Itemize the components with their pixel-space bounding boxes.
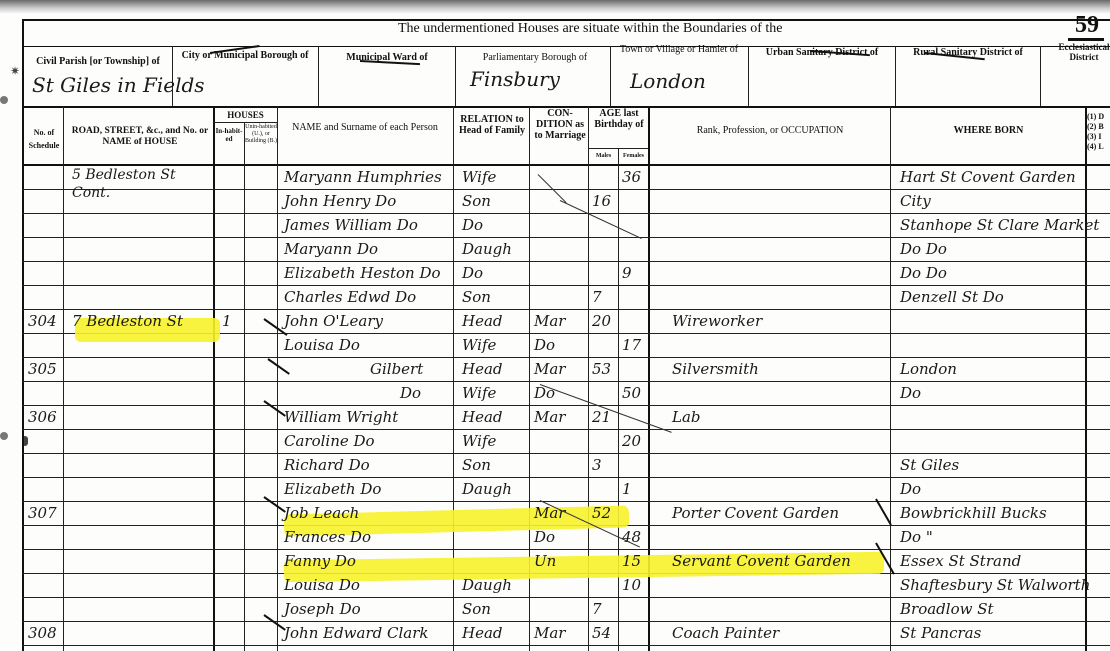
row-line <box>22 405 1110 406</box>
condition: Mar <box>534 408 565 426</box>
schedule-number: 306 <box>28 408 57 426</box>
relation: Son <box>462 192 491 210</box>
where-born: Essex St Strand <box>900 552 1021 570</box>
col-line <box>1085 106 1087 651</box>
person-name: Caroline Do <box>284 432 375 450</box>
row-line <box>22 429 1110 430</box>
where-born: Do <box>900 384 921 402</box>
where-born: Bowbrickhill Bucks <box>900 504 1047 522</box>
female-age: 20 <box>622 432 641 450</box>
header-divider-v <box>1040 46 1041 106</box>
header-divider-v <box>610 46 611 106</box>
occupation: Porter Covent Garden <box>672 504 839 522</box>
parliamentary-borough-label: Parliamentary Borough of <box>460 52 610 63</box>
male-age: 52 <box>592 504 611 522</box>
person-name: Louisa Do <box>284 336 360 354</box>
divider-stroke <box>263 400 285 417</box>
relation: Wife <box>462 336 496 354</box>
relation: Daugh <box>462 576 512 594</box>
ecclesiastical-label: Ecclesiastical District <box>1044 42 1110 62</box>
header-divider-v <box>748 46 749 106</box>
where-born: Do " <box>900 528 933 546</box>
relation: Daugh <box>462 480 512 498</box>
punch-hole <box>0 96 8 104</box>
male-age: 7 <box>592 600 602 618</box>
relation: Head <box>462 312 503 330</box>
person-name: Frances Do <box>284 528 371 546</box>
divider-stroke <box>263 496 285 513</box>
row-line <box>22 309 1110 310</box>
relation: Do <box>462 216 483 234</box>
condition: Do <box>534 528 555 546</box>
person-name: Maryann Humphries <box>284 168 442 186</box>
frame-top <box>22 19 1110 21</box>
punch-hole <box>0 432 8 440</box>
female-age: 10 <box>622 576 641 594</box>
age-subline <box>588 148 648 149</box>
relation: Head <box>462 624 503 642</box>
row-line <box>22 597 1110 598</box>
col-header-relation: RELATION to Head of Family <box>455 114 529 136</box>
scan-edge <box>0 0 1110 14</box>
where-born: Do Do <box>900 240 947 258</box>
where-born: Stanhope St Clare Market <box>900 216 1099 234</box>
person-name: John Henry Do <box>284 192 396 210</box>
parliamentary-borough-value: Finsbury <box>470 70 560 88</box>
relation: Wife <box>462 168 496 186</box>
occupation: Silversmith <box>672 360 759 378</box>
schedule-number: 308 <box>28 624 57 642</box>
relation: Do <box>462 264 483 282</box>
female-age: 17 <box>622 336 641 354</box>
male-age: 21 <box>592 408 611 426</box>
relation: Daugh <box>462 240 512 258</box>
row-line <box>22 501 1110 502</box>
row-line <box>22 213 1110 214</box>
col-header-road: ROAD, STREET, &c., and No. or NAME of HO… <box>66 126 214 148</box>
col-header-occupation: Rank, Profession, or OCCUPATION <box>650 125 890 136</box>
star-icon: ✷ <box>10 64 20 79</box>
col-header-inhabited: In-habit-ed <box>214 128 244 143</box>
page-title: The undermentioned Houses are situate wi… <box>398 21 783 37</box>
road-address: 7 Bedleston St <box>72 312 183 330</box>
person-name: Joseph Do <box>284 600 361 618</box>
schedule-number: 304 <box>28 312 57 330</box>
col-line <box>277 106 278 651</box>
person-name: John Edward Clark <box>284 624 429 642</box>
civil-parish-value: St Giles in Fields <box>32 76 205 94</box>
row-line <box>22 621 1110 622</box>
person-name: Charles Edwd Do <box>284 288 416 306</box>
condition: Mar <box>534 504 565 522</box>
female-age: 1 <box>622 480 632 498</box>
person-name: Job Leach <box>284 504 359 522</box>
male-age: 20 <box>592 312 611 330</box>
schedule-number: 305 <box>28 360 57 378</box>
inhabited-count: 1 <box>222 312 232 330</box>
census-page: ✷ The undermentioned Houses are situate … <box>0 0 1110 651</box>
row-line <box>22 237 1110 238</box>
civil-parish-label: Civil Parish [or Township] of <box>24 56 172 67</box>
person-name: William Wright <box>284 408 398 426</box>
page-number: 59 <box>1075 12 1099 39</box>
col-header-name: NAME and Surname of each Person <box>290 122 440 133</box>
divider-stroke <box>263 614 285 631</box>
row-line <box>22 453 1110 454</box>
person-name: Elizabeth Heston Do <box>284 264 441 282</box>
relation: Son <box>462 456 491 474</box>
person-name: Do <box>400 384 421 402</box>
relation: Wife <box>462 384 496 402</box>
where-born: Do Do <box>900 264 947 282</box>
col-header-houses: HOUSES <box>214 110 277 121</box>
condition: Mar <box>534 312 565 330</box>
relation: Head <box>462 408 503 426</box>
female-age: 15 <box>622 552 641 570</box>
row-line <box>22 477 1110 478</box>
person-name: John O'Leary <box>284 312 383 330</box>
town-village-value: London <box>630 72 706 90</box>
page-number-underline <box>1068 38 1104 41</box>
relation: Head <box>462 360 503 378</box>
col-header-uninhabited: Unin-habited (U.), or Building (B.) <box>245 124 277 145</box>
col-header-schedule: No. of Schedule <box>24 126 64 152</box>
relation: Son <box>462 288 491 306</box>
where-born: St Giles <box>900 456 959 474</box>
person-name: James William Do <box>284 216 418 234</box>
condition: Un <box>534 552 556 570</box>
occupation: Servant Covent Garden <box>672 552 851 570</box>
person-name: Fanny Do <box>284 552 356 570</box>
row-line <box>22 261 1110 262</box>
male-age: 16 <box>592 192 611 210</box>
houses-subline <box>213 122 277 123</box>
person-name: Richard Do <box>284 456 370 474</box>
row-line <box>22 381 1110 382</box>
frame-left <box>22 19 24 651</box>
condition: Mar <box>534 624 565 642</box>
where-born: City <box>900 192 931 210</box>
occupation: Lab <box>672 408 701 426</box>
schedule-number: 307 <box>28 504 57 522</box>
male-age: 54 <box>592 624 611 642</box>
male-age: 3 <box>592 456 602 474</box>
person-name: Gilbert <box>370 360 423 378</box>
col-line <box>63 106 64 651</box>
female-age: 9 <box>622 264 632 282</box>
header-divider-v <box>318 46 319 106</box>
header-divider-v <box>895 46 896 106</box>
col-line <box>213 106 215 651</box>
col-header-males: Males <box>589 153 618 161</box>
person-name: Elizabeth Do <box>284 480 381 498</box>
occupation: Coach Painter <box>672 624 779 642</box>
col-header-females: Females <box>619 153 648 161</box>
female-age: 50 <box>622 384 641 402</box>
where-born: Hart St Covent Garden <box>900 168 1076 186</box>
where-born: Denzell St Do <box>900 288 1004 306</box>
row-line <box>22 645 1110 646</box>
row-line <box>22 357 1110 358</box>
where-born: St Pancras <box>900 624 981 642</box>
road-address: 5 Bedleston St Cont. <box>72 166 207 202</box>
divider-stroke <box>267 358 289 375</box>
col-line <box>244 122 245 651</box>
occupation: Wireworker <box>672 312 762 330</box>
female-age: 36 <box>622 168 641 186</box>
city-borough-label: City or Municipal Borough of <box>180 50 310 61</box>
where-born: Shaftesbury St Walworth <box>900 576 1090 594</box>
col-header-age: AGE last Birthday of <box>590 108 648 130</box>
condition: Do <box>534 336 555 354</box>
where-born: Broadlow St <box>900 600 994 618</box>
col-header-where-born: WHERE BORN <box>892 125 1085 136</box>
male-age: 53 <box>592 360 611 378</box>
relation: Son <box>462 600 491 618</box>
male-age: 7 <box>592 288 602 306</box>
town-village-label: Town or Village or Hamlet of <box>614 44 744 55</box>
col-header-condition: CON-DITION as to Marriage <box>531 108 589 141</box>
where-born: Do <box>900 480 921 498</box>
person-name: Maryann Do <box>284 240 378 258</box>
col-header-infirmity: (1) D (2) B (3) I (4) L <box>1087 112 1110 152</box>
where-born: London <box>900 360 957 378</box>
person-name: Louisa Do <box>284 576 360 594</box>
header-divider-v <box>455 46 456 106</box>
condition: Mar <box>534 360 565 378</box>
relation: Wife <box>462 432 496 450</box>
row-line <box>22 549 1110 550</box>
row-line <box>22 285 1110 286</box>
